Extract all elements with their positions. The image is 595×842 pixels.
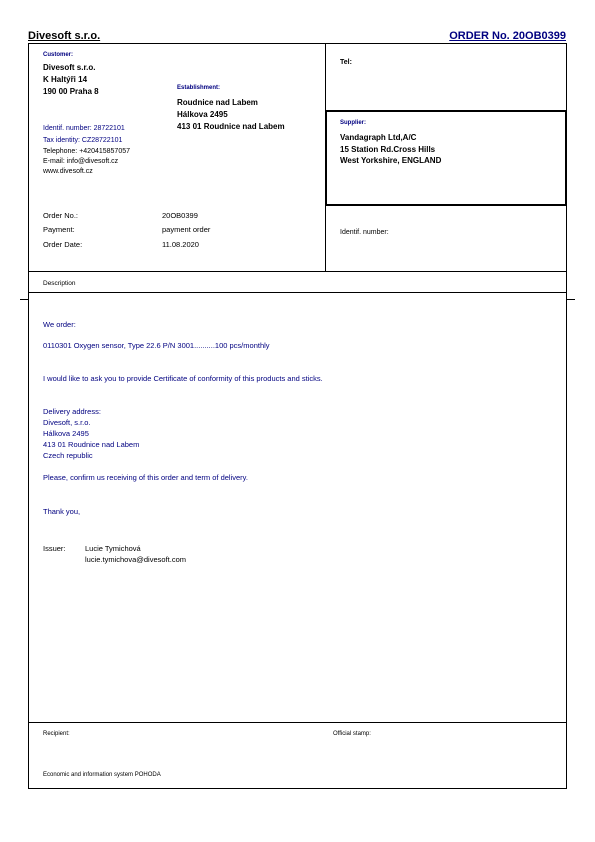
establishment-line-2: Hálkova 2495 bbox=[177, 110, 228, 120]
payment-label: Payment: bbox=[43, 225, 75, 235]
footer-top-rule bbox=[28, 722, 567, 723]
recipient-label: Recipient: bbox=[43, 731, 70, 737]
customer-tax-identity: Tax identity: CZ28722101 bbox=[43, 136, 122, 145]
delivery-line-3: 413 01 Roudnice nad Labem bbox=[43, 440, 139, 451]
order-number-title: ORDER No. 20OB0399 bbox=[449, 30, 566, 42]
customer-label: Customer: bbox=[43, 52, 73, 58]
fold-mark-left bbox=[20, 299, 28, 300]
company-title: Divesoft s.r.o. bbox=[28, 30, 100, 42]
order-date-value: 11.08.2020 bbox=[162, 240, 199, 250]
customer-email: E-mail: info@divesoft.cz bbox=[43, 157, 118, 166]
description-bottom-rule bbox=[28, 292, 567, 293]
customer-name: Divesoft s.r.o. bbox=[43, 63, 95, 73]
establishment-line-1: Roudnice nad Labem bbox=[177, 98, 258, 108]
customer-ident-number: Identif. number: 28722101 bbox=[43, 124, 125, 133]
order-no-value: 20OB0399 bbox=[162, 211, 198, 221]
payment-value: payment order bbox=[162, 225, 210, 235]
supplier-ident-label: Identif. number: bbox=[340, 228, 389, 237]
fold-mark-right bbox=[567, 299, 575, 300]
supplier-line-2: 15 Station Rd.Cross Hills bbox=[340, 145, 435, 155]
establishment-label: Establishment: bbox=[177, 85, 220, 91]
description-top-rule bbox=[28, 271, 567, 272]
confirm-request: Please, confirm us receiving of this ord… bbox=[43, 473, 248, 484]
order-no-label: Order No.: bbox=[43, 211, 78, 221]
supplier-label: Supplier: bbox=[340, 120, 366, 126]
delivery-line-1: Divesoft, s.r.o. bbox=[43, 418, 91, 429]
customer-street: K Haltýři 14 bbox=[43, 75, 87, 85]
delivery-line-4: Czech republic bbox=[43, 451, 93, 462]
supplier-line-3: West Yorkshire, ENGLAND bbox=[340, 156, 441, 166]
customer-city: 190 00 Praha 8 bbox=[43, 87, 99, 97]
customer-telephone: Telephone: +420415857057 bbox=[43, 147, 130, 156]
customer-website: www.divesoft.cz bbox=[43, 167, 93, 176]
delivery-address-label: Delivery address: bbox=[43, 407, 101, 418]
issuer-email[interactable]: lucie.tymichova@divesoft.com bbox=[85, 555, 186, 565]
delivery-line-2: Hálkova 2495 bbox=[43, 429, 89, 440]
official-stamp-label: Official stamp: bbox=[333, 731, 371, 737]
order-intro: We order: bbox=[43, 320, 76, 331]
issuer-label: Issuer: bbox=[43, 544, 66, 554]
issuer-name: Lucie Tymichová bbox=[85, 544, 141, 554]
supplier-line-1: Vandagraph Ltd,A/C bbox=[340, 133, 416, 143]
certificate-request: I would like to ask you to provide Certi… bbox=[43, 374, 323, 385]
thank-you: Thank you, bbox=[43, 507, 80, 518]
system-footer: Economic and information system POHODA bbox=[43, 772, 161, 778]
order-item-line: 0110301 Oxygen sensor, Type 22.6 P/N 300… bbox=[43, 341, 270, 352]
establishment-line-3: 413 01 Roudnice nad Labem bbox=[177, 122, 285, 132]
description-label: Description bbox=[43, 280, 76, 287]
tel-label: Tel: bbox=[340, 58, 352, 67]
order-date-label: Order Date: bbox=[43, 240, 82, 250]
